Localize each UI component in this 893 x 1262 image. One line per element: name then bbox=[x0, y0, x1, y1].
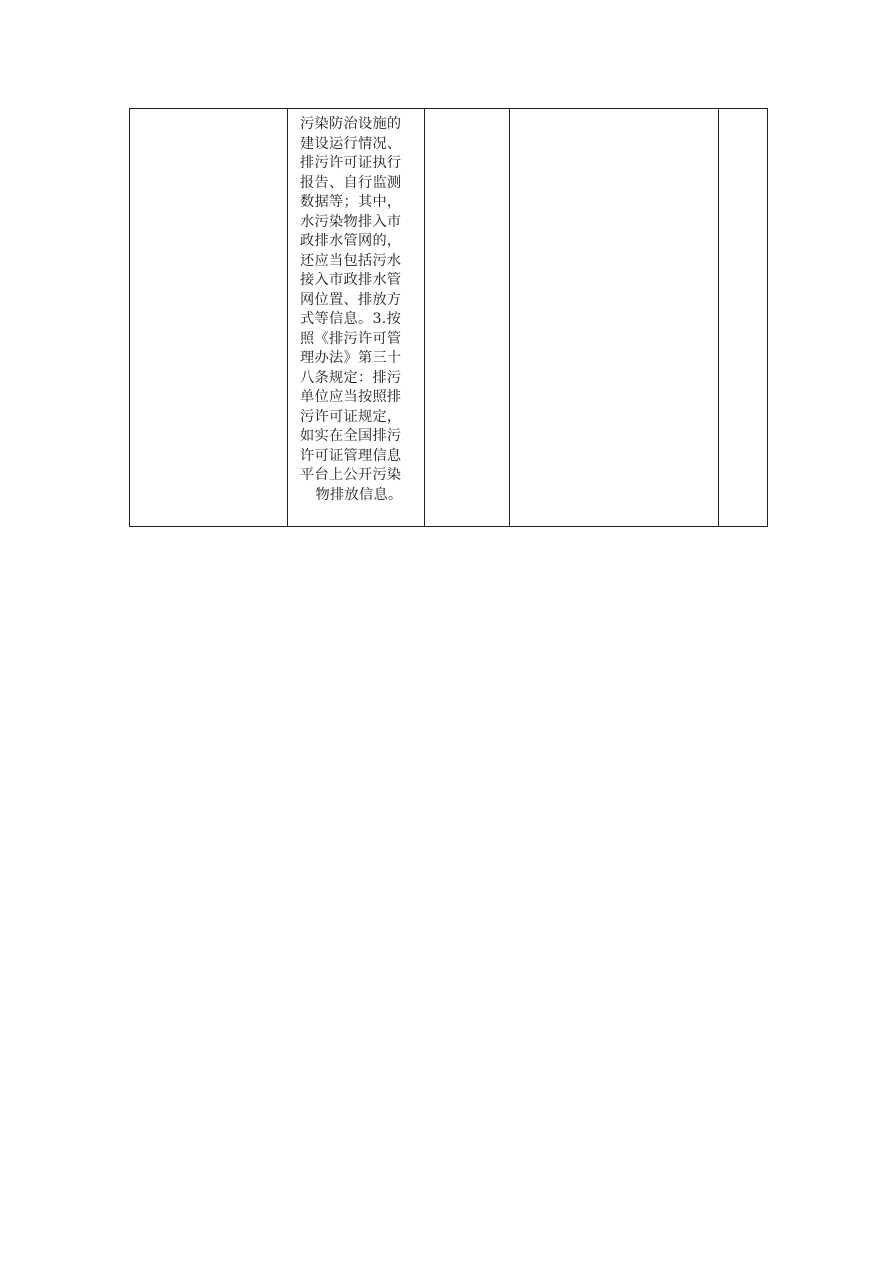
text-line: 水污染物排入市 bbox=[300, 213, 418, 233]
table-cell-item bbox=[130, 109, 288, 527]
table-cell-5 bbox=[719, 109, 768, 527]
text-line: 接入市政排水管 bbox=[300, 271, 418, 291]
table-cell-4 bbox=[510, 109, 719, 527]
text-line: 许可证管理信息 bbox=[300, 447, 418, 467]
text-line: 单位应当按照排 bbox=[300, 388, 418, 408]
text-line: 政排水管网的， bbox=[300, 232, 418, 252]
text-line: 还应当包括污水 bbox=[300, 252, 418, 272]
regulation-table: 污染防治设施的 建设运行情况、 排污许可证执行 报告、自行监测 数据等；其中， … bbox=[129, 108, 768, 527]
text-line: 如实在全国排污 bbox=[300, 427, 418, 447]
basis-text: 污染防治设施的 建设运行情况、 排污许可证执行 报告、自行监测 数据等；其中， … bbox=[288, 109, 424, 505]
text-line: 报告、自行监测 bbox=[300, 174, 418, 194]
text-line: 排污许可证执行 bbox=[300, 154, 418, 174]
text-line: 数据等；其中， bbox=[300, 193, 418, 213]
table-row: 污染防治设施的 建设运行情况、 排污许可证执行 报告、自行监测 数据等；其中， … bbox=[130, 109, 768, 527]
text-line: 物排放信息。 bbox=[300, 486, 418, 506]
text-line: 网位置、排放方 bbox=[300, 291, 418, 311]
text-line: 理办法》第三十 bbox=[300, 349, 418, 369]
text-line: 照《排污许可管 bbox=[300, 330, 418, 350]
table-cell-basis: 污染防治设施的 建设运行情况、 排污许可证执行 报告、自行监测 数据等；其中， … bbox=[288, 109, 425, 527]
table-cell-3 bbox=[425, 109, 510, 527]
text-line: 八条规定：排污 bbox=[300, 369, 418, 389]
document-page: 污染防治设施的 建设运行情况、 排污许可证执行 报告、自行监测 数据等；其中， … bbox=[0, 0, 893, 1262]
text-line: 建设运行情况、 bbox=[300, 135, 418, 155]
text-line: 平台上公开污染 bbox=[300, 466, 418, 486]
text-line: 污染防治设施的 bbox=[300, 115, 418, 135]
text-line: 式等信息。3.按 bbox=[300, 310, 418, 330]
text-line: 污许可证规定， bbox=[300, 408, 418, 428]
